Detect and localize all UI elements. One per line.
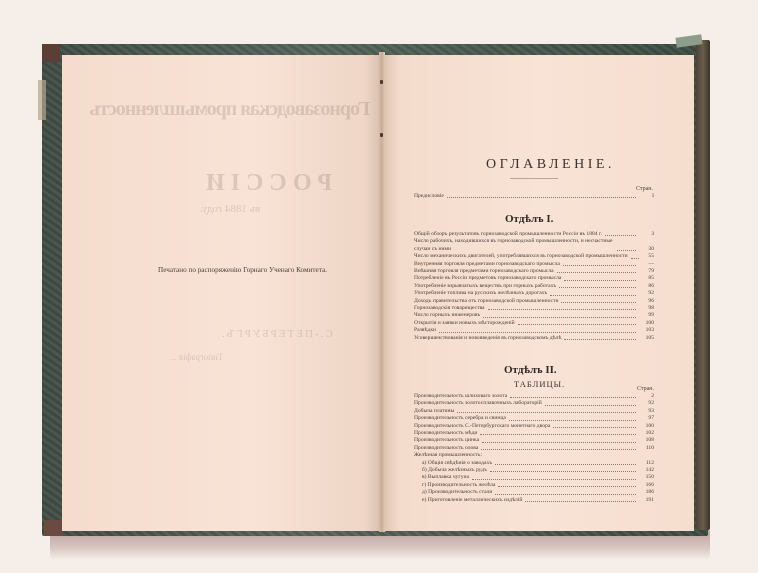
toc-entry: е) Приготовленіе металлическихъ издѣлій1… [414, 497, 654, 504]
leader-dots [482, 442, 636, 443]
toc-entry: Горнозаводскія товарищества98 [414, 305, 654, 312]
section-title: Отдѣлъ II. [504, 364, 557, 376]
bleed-through-text: С.-ПЕТЕРБУРГЪ. [220, 328, 333, 340]
leader-dots [483, 317, 636, 318]
cover-corner-wear [42, 44, 60, 62]
cover-edge [696, 40, 710, 530]
entry-label: Желѣзная промышленность: [414, 452, 482, 459]
toc-section-2: Производительность шлиховаго золота2Прои… [414, 393, 654, 504]
entry-page: 92 [640, 400, 654, 407]
toc-entry: Производительность золотосплавочныхъ лаб… [414, 400, 654, 407]
entry-page: 93 [640, 408, 654, 415]
toc-entry: д) Производительность стали186 [414, 489, 654, 496]
bleed-through-text: Горнозаводская промышленность [100, 98, 370, 121]
leader-dots [564, 339, 636, 340]
entry-label: Производительность С.-Петербургскаго мон… [414, 423, 550, 430]
entry-page: 150 [640, 474, 654, 481]
toc-entry: Усовершенствованія и нововведенія въ гор… [414, 335, 654, 342]
toc-entry: Производительность цинка108 [414, 437, 654, 444]
entry-page: 186 [640, 489, 654, 496]
entry-label: Производительность серебра и свинца [414, 415, 506, 422]
entry-label: Горнозаводскія товарищества [414, 305, 485, 312]
toc-entry: Производительность серебра и свинца97 [414, 415, 654, 422]
entry-label: Внутренняя торговля предметами горнозаво… [414, 261, 560, 268]
section-subtitle: ТАБЛИЦЫ. [514, 379, 565, 389]
leader-dots [510, 397, 636, 398]
entry-label: Число механическихъ двигателей, употребл… [414, 253, 628, 260]
page-column-header: Стран. [637, 386, 654, 392]
leader-dots [553, 427, 636, 428]
entry-page: 30 [640, 246, 654, 253]
entry-label: в) Выплавка чугуна [414, 474, 469, 481]
entry-page: 98 [640, 305, 654, 312]
leader-dots [495, 494, 636, 495]
section-title: Отдѣлъ I. [505, 213, 553, 225]
entry-page: 100 [640, 423, 654, 430]
entry-label: а) Общія свѣдѣнія о заводахъ [414, 460, 492, 467]
toc-entry: Число рабочихъ, находившихся въ горнозав… [414, 238, 654, 253]
entry-label: е) Приготовленіе металлическихъ издѣлій [414, 497, 522, 504]
entry-page: 92 [640, 290, 654, 297]
bleed-through-text: Типографія ... [170, 352, 223, 362]
toc-entry: Число горныхъ инженеровъ99 [414, 312, 654, 319]
entry-page: 85 [640, 275, 654, 282]
leader-dots [472, 479, 636, 480]
toc-entry: Желѣзная промышленность: [414, 452, 654, 459]
entry-page: 142 [640, 467, 654, 474]
leader-dots [490, 471, 636, 472]
leader-dots [495, 464, 636, 465]
leader-dots [457, 412, 636, 413]
entry-page: 2 [640, 393, 654, 400]
leader-dots [488, 309, 636, 310]
entry-page: 102 [640, 430, 654, 437]
leader-dots [559, 287, 636, 288]
toc-entry: Число механическихъ двигателей, употребл… [414, 253, 654, 260]
entry-label: Число рабочихъ, находившихся въ горнозав… [414, 238, 614, 253]
toc-entry: в) Выплавка чугуна150 [414, 474, 654, 481]
leader-dots [481, 449, 636, 450]
leader-dots [617, 250, 636, 251]
toc-title: ОГЛАВЛЕНІЕ. [486, 157, 615, 173]
leader-dots [480, 434, 636, 435]
entry-label: Число горныхъ инженеровъ [414, 312, 480, 319]
entry-page: I [640, 193, 654, 200]
toc-entry: Производительность С.-Петербургскаго мон… [414, 423, 654, 430]
entry-page: 105 [640, 335, 654, 342]
leader-dots [557, 272, 636, 273]
entry-label: Доходъ правительства отъ горнозаводской … [414, 298, 558, 305]
leader-dots [564, 280, 636, 281]
entry-label: Предисловіе [414, 193, 444, 200]
entry-label: Производительность золотосплавочныхъ лаб… [414, 400, 542, 407]
leader-dots [561, 302, 636, 303]
leader-dots [439, 332, 636, 333]
entry-page: 97 [640, 415, 654, 422]
entry-label: Употребленіе топлива на русскихъ желѣзны… [414, 290, 547, 297]
entry-page: 86 [640, 283, 654, 290]
entry-label: д) Производительность стали [414, 489, 492, 496]
leader-dots [631, 258, 639, 259]
leader-dots [563, 265, 636, 266]
entry-label: Усовершенствованія и нововведенія въ гор… [414, 335, 561, 342]
entry-page: — [640, 261, 654, 268]
entry-page: 96 [640, 298, 654, 305]
imprint-note: Печатано по распоряженію Горнаго Ученаго… [158, 266, 327, 274]
entry-page: 100 [640, 320, 654, 327]
entry-page: 191 [640, 497, 654, 504]
toc-entry: а) Общія свѣдѣнія о заводахъ112 [414, 460, 654, 467]
title-rule [510, 178, 558, 179]
leader-dots [447, 197, 636, 198]
binding-stitch [380, 133, 383, 137]
bleed-through-text: въ 1884 году. [200, 203, 260, 215]
leader-dots [498, 486, 636, 487]
entry-page: 99 [640, 312, 654, 319]
entry-page: 79 [640, 268, 654, 275]
toc-entry: Потребленіе въ Россіи предметовъ горноза… [414, 275, 654, 282]
leader-dots [509, 420, 636, 421]
binding-stitch [380, 80, 383, 84]
leader-dots [545, 405, 636, 406]
entry-page: 103 [640, 327, 654, 334]
toc-entry: Предисловіе I [414, 193, 654, 200]
toc-entry: Доходъ правительства отъ горнозаводской … [414, 298, 654, 305]
entry-page: 3 [640, 231, 654, 238]
cover-corner-wear [44, 520, 62, 536]
left-page [62, 55, 380, 531]
toc-preface: Предисловіе I [414, 193, 654, 200]
toc-entry: Развѣдки103 [414, 327, 654, 334]
entry-label: Развѣдки [414, 327, 436, 334]
leader-dots [525, 501, 636, 502]
toc-entry: Употребленіе топлива на русскихъ желѣзны… [414, 290, 654, 297]
entry-page: 55 [643, 253, 654, 260]
frayed-edge [38, 80, 46, 120]
entry-label: Производительность мѣди [414, 430, 477, 437]
entry-page: 108 [640, 437, 654, 444]
entry-page: 110 [640, 445, 654, 452]
leader-dots [605, 235, 636, 236]
leader-dots [550, 295, 636, 296]
leader-dots [518, 324, 636, 325]
entry-label: Потребленіе въ Россіи предметовъ горноза… [414, 275, 561, 282]
entry-label: Производительность цинка [414, 437, 479, 444]
toc-entry: Производительность мѣди102 [414, 430, 654, 437]
toc-entry: Открытія и заявки новыхъ мѣсторожденій10… [414, 320, 654, 327]
entry-page: 112 [640, 460, 654, 467]
bleed-through-text: РОССІИ [200, 170, 332, 197]
toc-entry: Внутренняя торговля предметами горнозаво… [414, 261, 654, 268]
toc-section-1: Общій обзоръ результатовъ горнозаводской… [414, 231, 654, 342]
entry-page: 166 [640, 482, 654, 489]
page-column-header: Стран. [636, 186, 653, 192]
